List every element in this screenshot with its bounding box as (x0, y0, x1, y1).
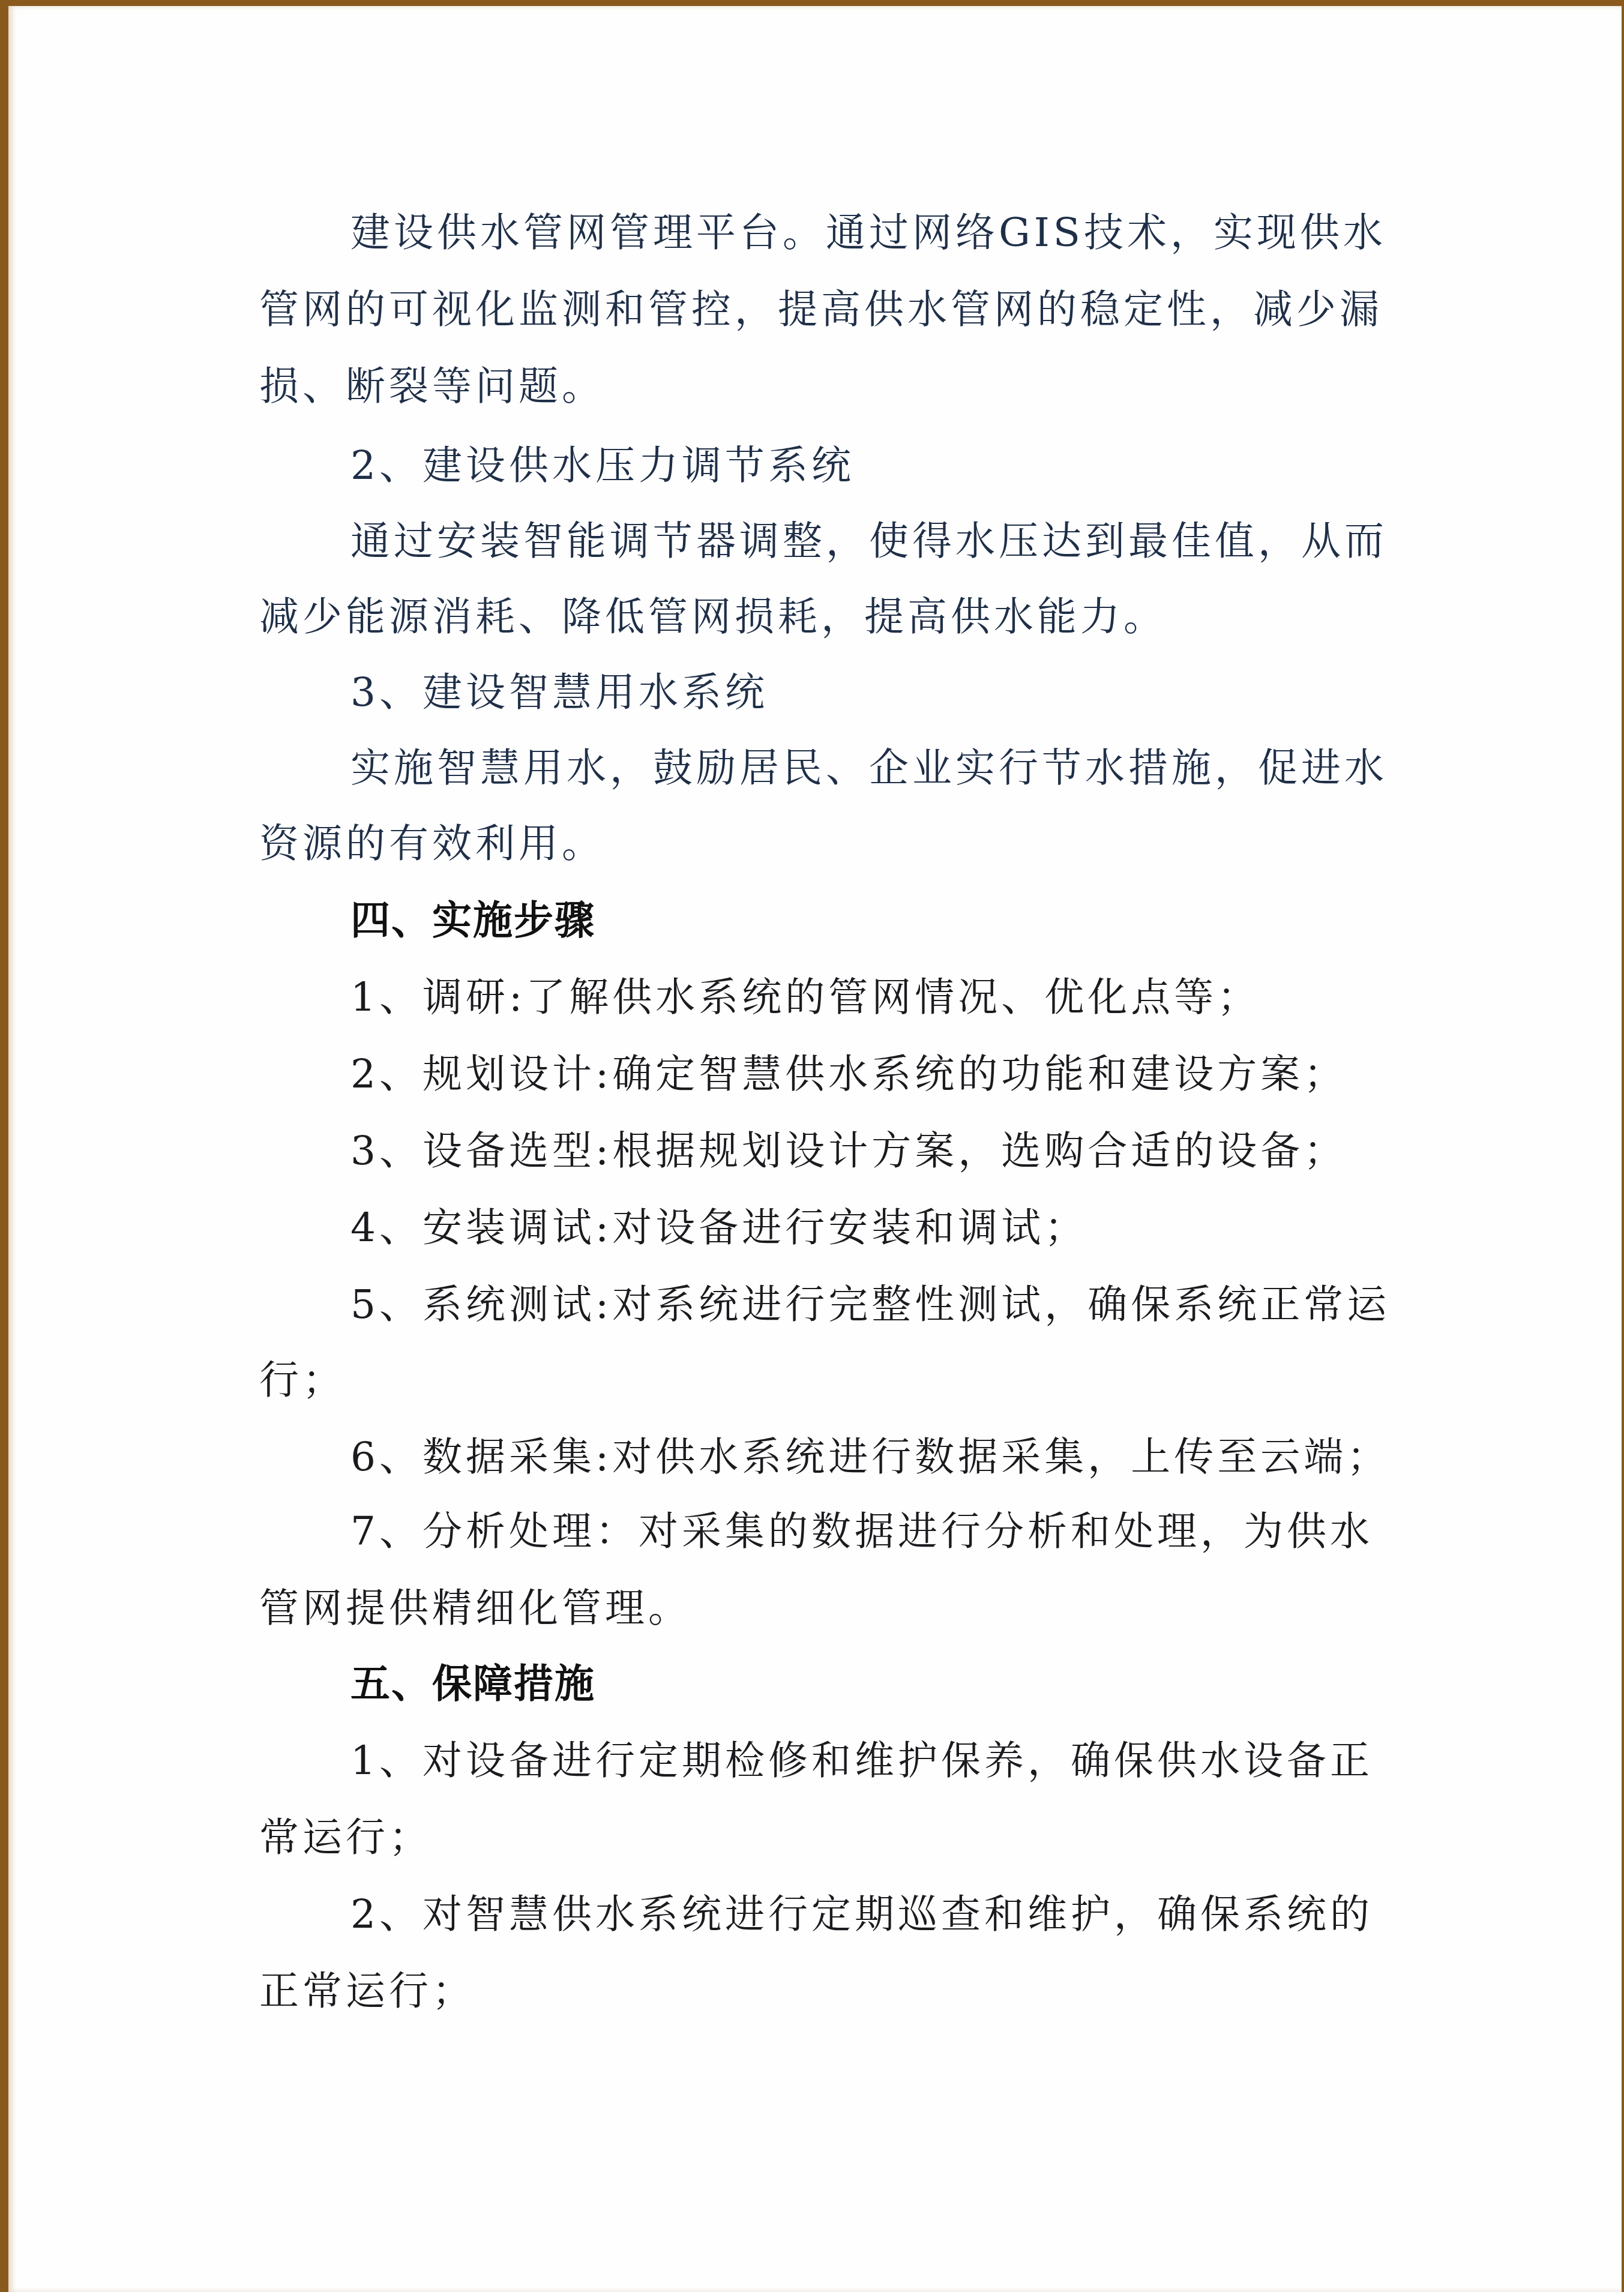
paragraph-platform-line-1: 建设供水管网管理平台。通过网络GIS技术，实现供水 (350, 209, 1491, 257)
section-5-heading: 五、保障措施 (350, 1660, 1491, 1708)
step-7-line-1: 7、分析处理：对采集的数据进行分析和处理，为供水 (350, 1508, 1491, 1556)
item-2-title: 2、建设供水压力调节系统 (350, 442, 1491, 490)
paragraph-pressure-line-1: 通过安装智能调节器调整，使得水压达到最佳值，从而 (350, 517, 1491, 565)
document-page: 建设供水管网管理平台。通过网络GIS技术，实现供水 管网的可视化监测和管控，提高… (8, 6, 1622, 2292)
step-5-line-1: 5、系统测试:对系统进行完整性测试，确保系统正常运 (350, 1281, 1491, 1329)
measure-2-line-1: 2、对智慧供水系统进行定期巡查和维护，确保系统的 (350, 1890, 1491, 1939)
step-3: 3、设备选型:根据规划设计方案，选购合适的设备； (350, 1127, 1491, 1175)
paragraph-pressure-line-2: 减少能源消耗、降低管网损耗，提高供水能力。 (259, 593, 1400, 641)
section-4-heading: 四、实施步骤 (350, 897, 1491, 945)
item-3-title: 3、建设智慧用水系统 (350, 669, 1491, 717)
paragraph-smart-water-line-2: 资源的有效利用。 (259, 820, 1400, 868)
step-1: 1、调研:了解供水系统的管网情况、优化点等； (350, 973, 1491, 1021)
step-4: 4、安装调试:对设备进行安装和调试； (350, 1204, 1491, 1252)
step-7-line-2: 管网提供精细化管理。 (259, 1584, 1400, 1632)
measure-2-line-2: 正常运行； (259, 1967, 1400, 2015)
step-6: 6、数据采集:对供水系统进行数据采集，上传至云端； (350, 1433, 1491, 1481)
paragraph-platform-line-3: 损、断裂等问题。 (259, 362, 1400, 411)
measure-1-line-2: 常运行； (259, 1814, 1400, 1862)
step-2: 2、规划设计:确定智慧供水系统的功能和建设方案； (350, 1050, 1491, 1098)
step-5-line-2: 行； (259, 1356, 1400, 1404)
paragraph-platform-line-2: 管网的可视化监测和管控，提高供水管网的稳定性，减少漏 (259, 286, 1400, 334)
measure-1-line-1: 1、对设备进行定期检修和维护保养，确保供水设备正 (350, 1737, 1491, 1785)
paragraph-smart-water-line-1: 实施智慧用水，鼓励居民、企业实行节水措施，促进水 (350, 744, 1491, 792)
